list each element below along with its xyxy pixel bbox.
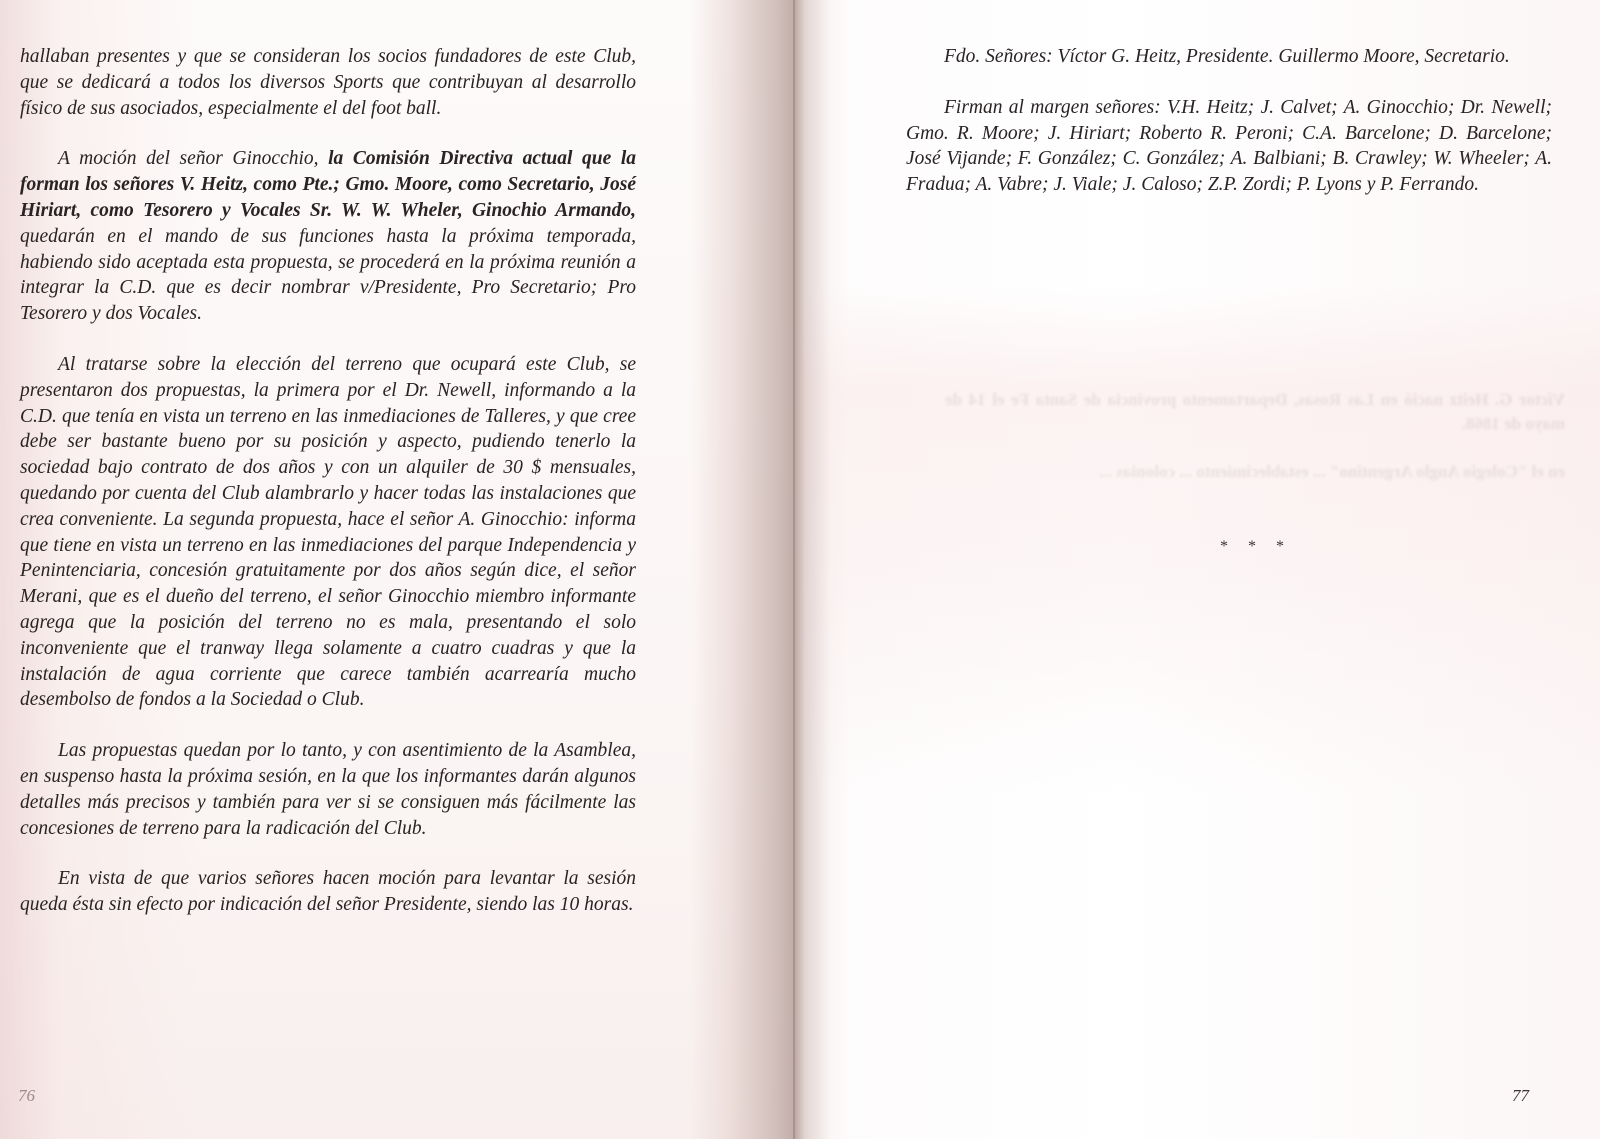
paragraph-levantar-sesion: En vista de que varios señores hacen moc…	[20, 866, 636, 918]
paragraph-firman-al-margen: Firman al margen señores: V.H. Heitz; J.…	[906, 95, 1552, 198]
page-number-right: 77	[1512, 1086, 1529, 1106]
paragraph-text: hallaban presentes y que se consideran l…	[20, 46, 636, 119]
paragraph-eleccion-terreno: Al tratarse sobre la elección del terren…	[20, 352, 636, 713]
paragraph-comision-directiva: A moción del señor Ginocchio, la Comisió…	[20, 146, 636, 327]
paragraph-text: Al tratarse sobre la elección del terren…	[20, 354, 636, 710]
paragraph-text: Las propuestas quedan por lo tanto, y co…	[20, 740, 636, 838]
paragraph-propuestas-suspenso: Las propuestas quedan por lo tanto, y co…	[20, 738, 636, 841]
paragraph-firmantes: Fdo. Señores: Víctor G. Heitz, President…	[906, 44, 1552, 70]
page-number-left: 76	[18, 1086, 35, 1106]
right-page-body: Fdo. Señores: Víctor G. Heitz, President…	[926, 44, 1552, 223]
paragraph-text: A moción del señor Ginocchio,	[58, 148, 328, 169]
section-separator: * * *	[1220, 538, 1292, 556]
paragraph-continuation: hallaban presentes y que se consideran l…	[20, 44, 636, 121]
bleed-through-text: Víctor G. Heitz nació en Las Rosas, Depa…	[945, 388, 1565, 508]
ghost-line-2: en el "Colegio Anglo Argentino" ... esta…	[945, 460, 1565, 484]
book-gutter-line	[793, 0, 795, 1139]
book-spine-shadow	[690, 0, 850, 1139]
book-spread: Víctor G. Heitz nació en Las Rosas, Depa…	[0, 0, 1600, 1139]
ghost-line-1: Víctor G. Heitz nació en Las Rosas, Depa…	[945, 388, 1565, 436]
left-page-body: hallaban presentes y que se consideran l…	[20, 44, 636, 943]
paragraph-text: En vista de que varios señores hacen moc…	[20, 868, 636, 915]
paragraph-text: quedarán en el mando de sus funciones ha…	[20, 226, 636, 324]
